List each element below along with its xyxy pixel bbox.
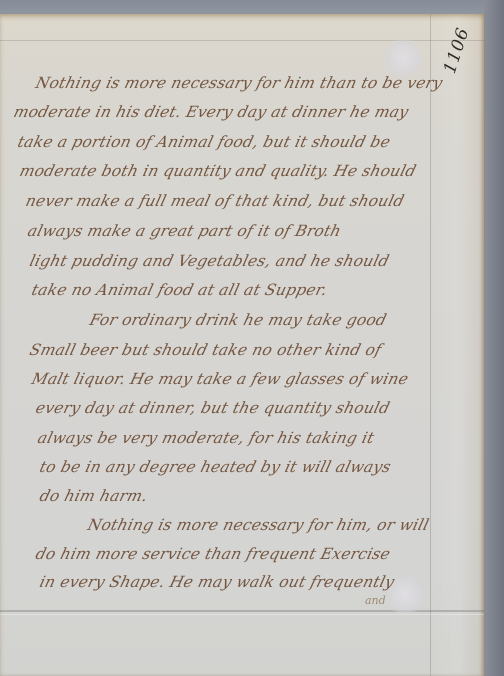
fold-line-highlight [0,614,484,615]
text-line: For ordinary drink he may take good [88,311,389,329]
text-line: light pudding and Vegetables, and he sho… [28,252,391,270]
text-line: take a portion of Animal food, but it sh… [16,133,393,151]
page-margin-edge [430,14,485,676]
catchword: and [365,594,386,607]
text-line: moderate in his diet. Every day at dinne… [12,103,411,121]
text-line: every day at dinner, but the quantity sh… [34,399,392,417]
text-line: never make a full meal of that kind, but… [24,192,406,210]
text-line: to be in any degree heated by it will al… [38,458,393,476]
scan-background-right [484,0,504,676]
text-line: Nothing is more necessary for him, or wi… [86,516,431,534]
text-line: do him more service than frequent Exerci… [34,545,393,563]
text-line: Nothing is more necessary for him than t… [34,74,445,92]
text-line: take no Animal food at all at Supper. [30,281,329,299]
text-line: do him harm. [38,487,150,505]
paper-stain-top [383,38,423,78]
text-line: moderate both in quantity and quality. H… [18,162,418,180]
text-line: always make a great part of it of Broth [26,222,343,240]
text-line: Small beer but should take no other kind… [28,341,384,359]
text-line: always be very moderate, for his taking … [36,429,376,447]
text-line: Malt liquor. He may take a few glasses o… [30,370,411,388]
text-line: in every Shape. He may walk out frequent… [38,573,397,591]
scan-background-top [0,0,504,15]
